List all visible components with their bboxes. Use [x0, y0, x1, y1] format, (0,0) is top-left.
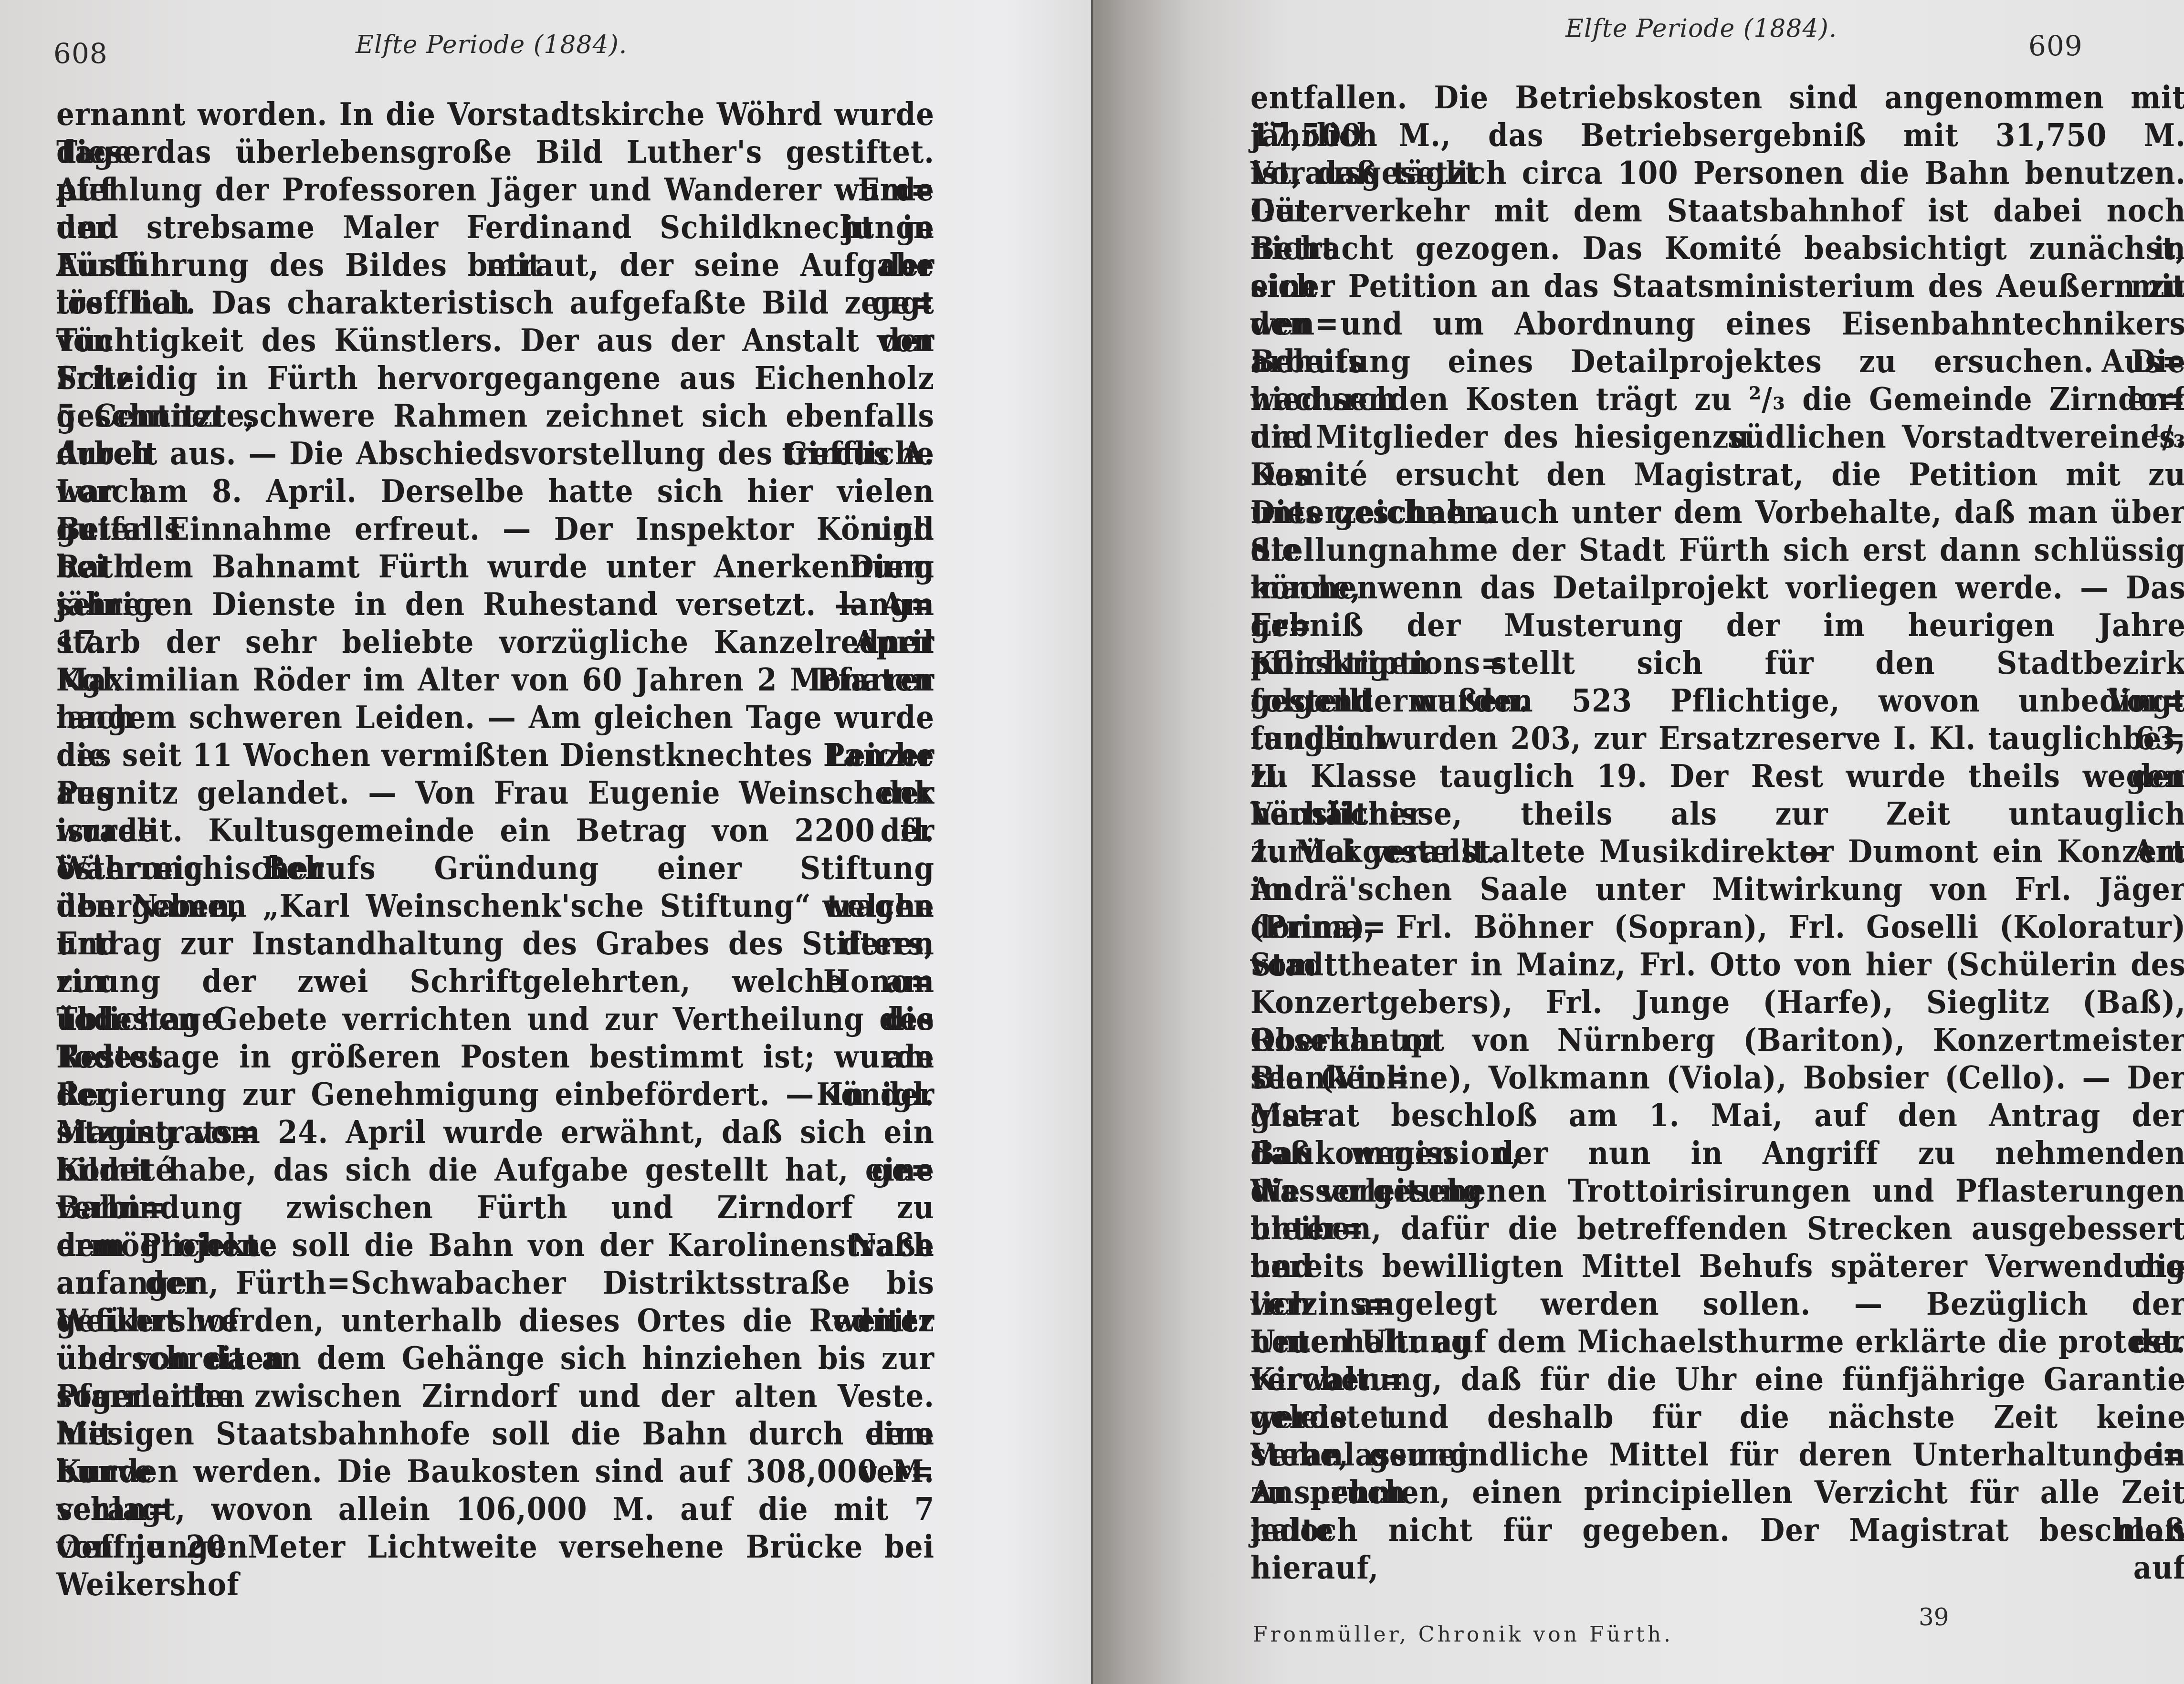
text-line: gistrat beschloß am 1. Mai, auf den Antr… [1250, 1097, 2184, 1134]
text-line: dem Projekte soll die Bahn von der Karol… [56, 1226, 934, 1264]
text-line: donna), Frl. Böhner (Sopran), Frl. Gosel… [1250, 908, 2184, 946]
text-line: den und um Abordnung eines Eisenbahntech… [1250, 305, 2184, 343]
text-line: die vorgesehenen Trottoirisirungen und P… [1250, 1172, 2184, 1210]
text-line: sitzung vom 24. April wurde erwähnt, daß… [56, 1113, 934, 1151]
text-line: Arbeit aus. — Die Abschiedsvorstellung d… [56, 435, 934, 472]
text-line: entfallen. Die Betriebskosten sind angen… [1250, 79, 2184, 116]
text-line: israelit. Kultusgemeinde ein Betrag von … [56, 812, 934, 849]
text-line: Dies geschah auch unter dem Vorbehalte, … [1250, 493, 2184, 531]
text-line: Ertrag zur Instandhaltung des Grabes des… [56, 925, 934, 962]
text-line: einer Petition an das Staatsministerium … [1250, 267, 2184, 305]
book-spread: 608 Elfte Periode (1884). ernannt worden… [0, 0, 2184, 1684]
text-line: Stellungnahme der Stadt Fürth sich erst … [1250, 531, 2184, 569]
signature-number: 39 [1919, 1603, 1949, 1631]
text-line: Rosenhaupt von Nürnberg (Bariton), Konze… [1250, 1021, 2184, 1059]
running-head: Elfte Periode (1884). [356, 31, 627, 59]
running-head: Elfte Periode (1884). [1565, 14, 1837, 43]
text-line: gestellt wurden 523 Pflichtige, wovon un… [1250, 682, 2184, 720]
text-line: 5 Centner schwere Rahmen zeichnet sich e… [56, 397, 934, 435]
text-line: Pfarrleithe zwischen Zirndorf und der al… [56, 1377, 934, 1415]
text-line: stehe, gemeindliche Mittel für deren Unt… [1250, 1436, 2184, 1474]
text-line: funden wurden 203, zur Ersatzreserve I. … [1250, 720, 2184, 757]
text-line: ist, daß täglich circa 100 Personen die … [1250, 154, 2184, 192]
text-line: bunden werden. Die Baukosten sind auf 30… [56, 1453, 934, 1490]
text-line: auf der Fürth=Schwabacher Distriktsstraß… [56, 1264, 934, 1302]
text-line: Regierung zur Genehmigung einbefördert. … [56, 1076, 934, 1113]
text-line: Verhältnisse, theils als zur Zeit untaug… [1250, 795, 2184, 833]
text-line: langem schweren Leiden. — Am gleichen Ta… [56, 699, 934, 736]
text-line: von je 20 Meter Lichtweite versehene Brü… [56, 1528, 934, 1566]
text-line: und von da an dem Gehänge sich hinziehen… [56, 1339, 934, 1377]
text-line: jährigen Dienste in den Ruhestand verset… [56, 586, 934, 623]
text-line: bei dem Bahnamt Fürth wurde unter Anerke… [56, 548, 934, 586]
text-line: löst hat. Das charakteristisch aufgefaßt… [56, 284, 934, 322]
text-line-content: von je 20 Meter Lichtweite versehene Brü… [56, 1528, 934, 1603]
text-line: geführt werden, unterhalb dieses Ortes d… [56, 1302, 934, 1339]
text-line: Pegnitz gelandet. — Von Frau Eugenie Wei… [56, 774, 934, 812]
text-line: Stadttheater in Mainz, Frl. Otto von hie… [1250, 946, 2184, 983]
text-line-content: jedoch nicht für gegeben. Der Magistrat … [1250, 1511, 2184, 1587]
text-line: lich angelegt werden sollen. — Bezüglich… [1250, 1285, 2184, 1323]
text-line: Konzertgebers), Frl. Junge (Harfe), Sieg… [1250, 983, 2184, 1021]
text-line: bereits bewilligten Mittel Behufs später… [1250, 1247, 2184, 1285]
body-text: ernannt worden. In die Vorstadtskirche W… [56, 95, 934, 1566]
text-line: Währung Behufs Gründung einer Stiftung ü… [56, 849, 934, 887]
text-line: II. Klasse tauglich 19. Der Rest wurde t… [1250, 757, 2184, 795]
text-line: gebniß der Musterung der im heurigen Jah… [1250, 607, 2184, 644]
text-line: pflichtigen stellt sich für den Stadtbez… [1250, 644, 2184, 682]
text-line: rirung der zwei Schriftgelehrten, welche… [56, 962, 934, 1000]
text-line: üblichen Gebete verrichten und zur Verth… [56, 1000, 934, 1038]
text-line: bildet habe, das sich die Aufgabe gestel… [56, 1151, 934, 1189]
footer-signature: Fronmüller, Chronik von Fürth. [1253, 1622, 1673, 1647]
text-line: schlagt, wovon allein 106,000 M. auf die… [56, 1490, 934, 1528]
right-page: Elfte Periode (1884). 609 entfallen. Die… [1093, 0, 2184, 1684]
text-line: ernannt worden. In die Vorstadtskirche W… [56, 95, 934, 133]
text-line: neuen Uhr auf dem Michaelsthurme erklärt… [1250, 1323, 2184, 1360]
left-page: 608 Elfte Periode (1884). ernannt worden… [0, 0, 1093, 1684]
text-line: daß wegen der nun in Angriff zu nehmende… [1250, 1134, 2184, 1172]
page-number: 609 [2028, 30, 2083, 62]
text-line: starb der sehr beliebte vorzügliche Kanz… [56, 623, 934, 661]
text-line: Todestage in größeren Posten bestimmt is… [56, 1038, 934, 1076]
text-line: Ausführung des Bildes betraut, der seine… [56, 246, 934, 284]
page-number: 608 [53, 37, 108, 70]
text-line: die Mitglieder des hiesigen südlichen Vo… [1250, 418, 2184, 456]
text-line: zu nehmen, einen principiellen Verzicht … [1250, 1474, 2184, 1511]
text-line: 1. Mai veranstaltete Musikdirektor Dumon… [1250, 833, 2184, 870]
text-line: könne, wenn das Detailprojekt vorliegen … [1250, 569, 2184, 607]
text-line: Güterverkehr mit dem Staatsbahnhof ist d… [1250, 192, 2184, 230]
text-line-content: Stadttheater in Mainz, Frl. Otto von hie… [1250, 946, 2184, 983]
text-line: wachsenden Kosten trägt zu ²/₃ die Gemei… [1250, 380, 2184, 418]
text-line: Scheidig in Fürth hervorgegangene aus Ei… [56, 359, 934, 397]
body-text: entfallen. Die Betriebskosten sind angen… [1250, 79, 2184, 1549]
text-line: Maximilian Röder im Alter von 60 Jahren … [56, 661, 934, 699]
text-line: war am 8. April. Derselbe hatte sich hie… [56, 472, 934, 510]
text-line: Komité ersucht den Magistrat, die Petiti… [1250, 456, 2184, 493]
text-line: Tüchtigkeit des Künstlers. Der aus der A… [56, 322, 934, 359]
text-line: und strebsame Maler Ferdinand Schildknec… [56, 209, 934, 246]
text-line: bleiben, dafür die betreffenden Strecken… [1250, 1210, 2184, 1247]
text-line: den Namen „Karl Weinschenk'sche Stiftung… [56, 887, 934, 925]
text-line: verbindung zwischen Fürth und Zirndorf z… [56, 1189, 934, 1226]
text-line: Andrä'schen Saale unter Mitwirkung von F… [1250, 870, 2184, 908]
text-line: Tage das überlebensgroße Bild Luther's g… [56, 133, 934, 171]
text-line: arbeitung eines Detailprojektes zu ersuc… [1250, 343, 2184, 380]
text-line: Betracht gezogen. Das Komité beabsichtig… [1250, 230, 2184, 267]
text-line: werde und deshalb für die nächste Zeit k… [1250, 1398, 2184, 1436]
text-line: jedoch nicht für gegeben. Der Magistrat … [1250, 1511, 2184, 1549]
text-line: guter Einnahme erfreut. — Der Inspektor … [56, 510, 934, 548]
text-line: 17,500 M., das Betriebsergebniß mit 31,7… [1250, 116, 2184, 154]
text-line: des seit 11 Wochen vermißten Dienstknech… [56, 736, 934, 774]
text-line: hiesigen Staatsbahnhofe soll die Bahn du… [56, 1415, 934, 1453]
text-line: see (Violine), Volkmann (Viola), Bobsier… [1250, 1059, 2184, 1097]
text-line: pfehlung der Professoren Jäger und Wande… [56, 171, 934, 209]
text-line: verwaltung, daß für die Uhr eine fünfjäh… [1250, 1360, 2184, 1398]
